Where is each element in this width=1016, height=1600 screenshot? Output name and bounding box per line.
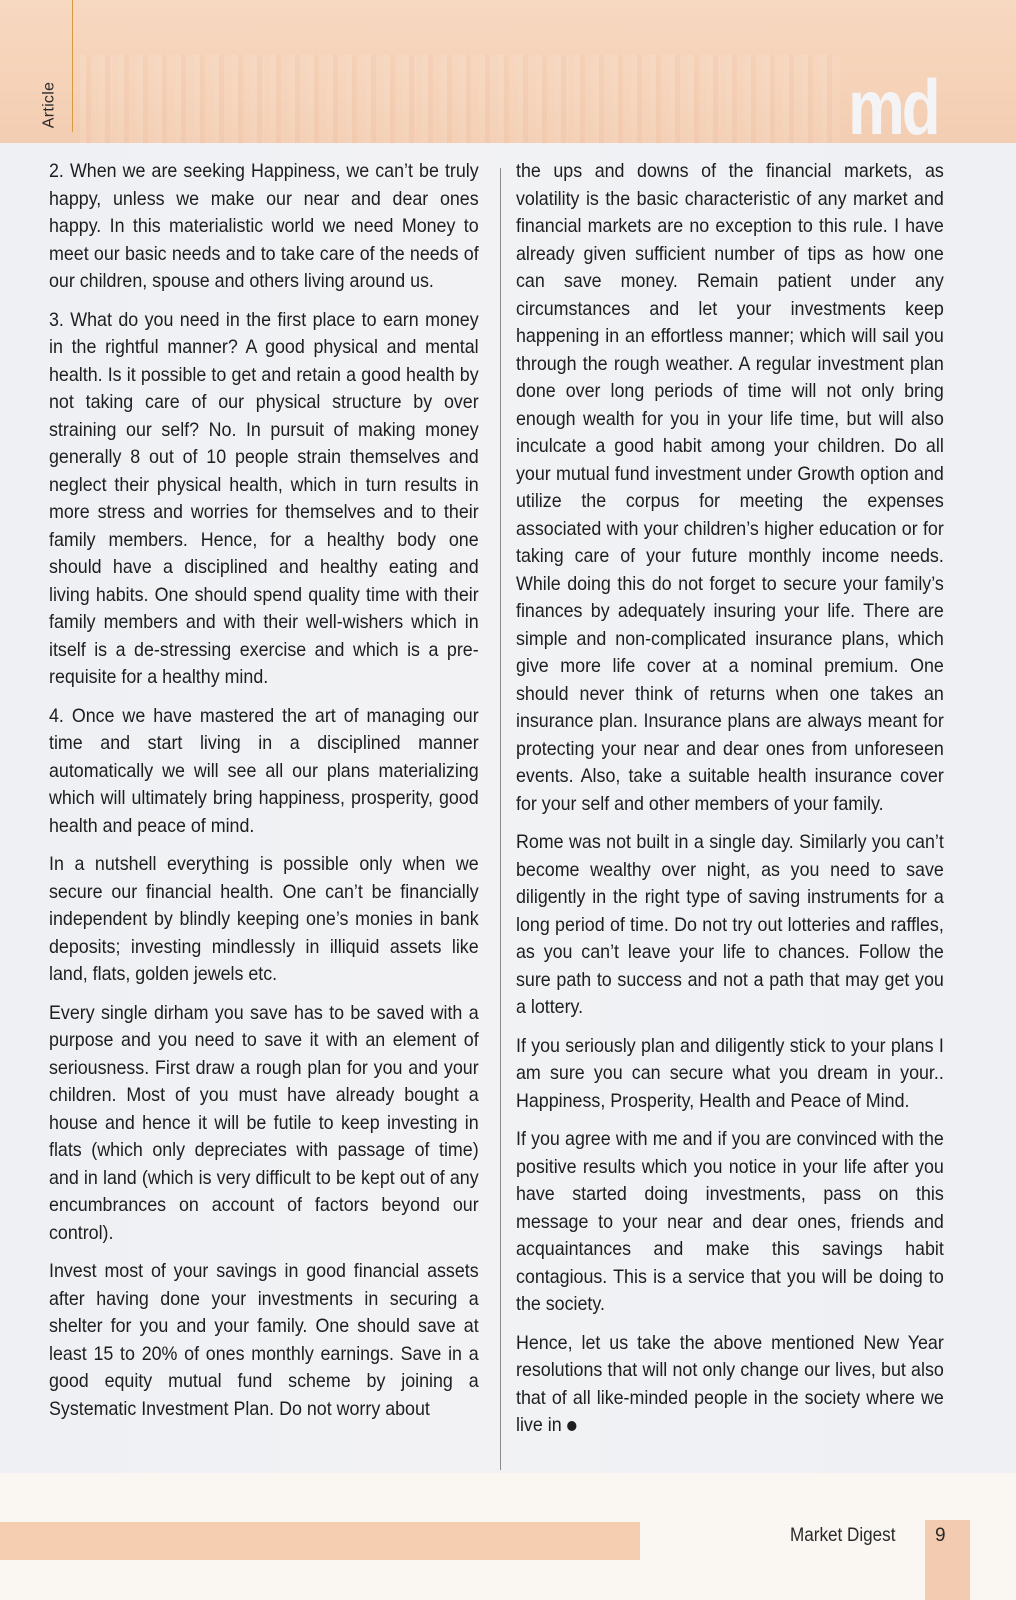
publication-name: Market Digest bbox=[790, 1525, 895, 1547]
final-paragraph: Hence, let us take the above mentioned N… bbox=[516, 1330, 944, 1440]
section-rule-divider bbox=[72, 0, 73, 132]
final-paragraph-text: Hence, let us take the above mentioned N… bbox=[516, 1333, 944, 1437]
footer-page-tab bbox=[925, 1520, 970, 1600]
paragraph: Invest most of your savings in good fina… bbox=[49, 1258, 479, 1423]
footer-band bbox=[0, 1522, 640, 1560]
article-column-right: the ups and downs of the financial marke… bbox=[516, 158, 944, 1451]
decorative-watermark bbox=[960, 240, 1016, 1440]
paragraph: If you seriously plan and diligently sti… bbox=[516, 1033, 944, 1116]
header-decorative-stripes bbox=[80, 55, 840, 143]
paragraph: Every single dirham you save has to be s… bbox=[49, 1000, 479, 1248]
paragraph: 4. Once we have mastered the art of mana… bbox=[49, 703, 479, 841]
publication-logo: md bbox=[848, 74, 937, 140]
section-label-text: Article bbox=[40, 82, 58, 129]
column-divider bbox=[500, 168, 501, 1470]
page-number: 9 bbox=[935, 1525, 946, 1547]
paragraph: 2. When we are seeking Happiness, we can… bbox=[49, 158, 479, 296]
paragraph: 3. What do you need in the first place t… bbox=[49, 307, 479, 692]
paragraph: Rome was not built in a single day. Simi… bbox=[516, 829, 944, 1022]
paragraph: If you agree with me and if you are conv… bbox=[516, 1126, 944, 1319]
article-column-left: 2. When we are seeking Happiness, we can… bbox=[49, 158, 479, 1434]
paragraph: the ups and downs of the financial marke… bbox=[516, 158, 944, 818]
section-label: Article bbox=[42, 78, 62, 133]
end-of-article-bullet-icon bbox=[567, 1421, 576, 1431]
paragraph: In a nutshell everything is possible onl… bbox=[49, 851, 479, 989]
